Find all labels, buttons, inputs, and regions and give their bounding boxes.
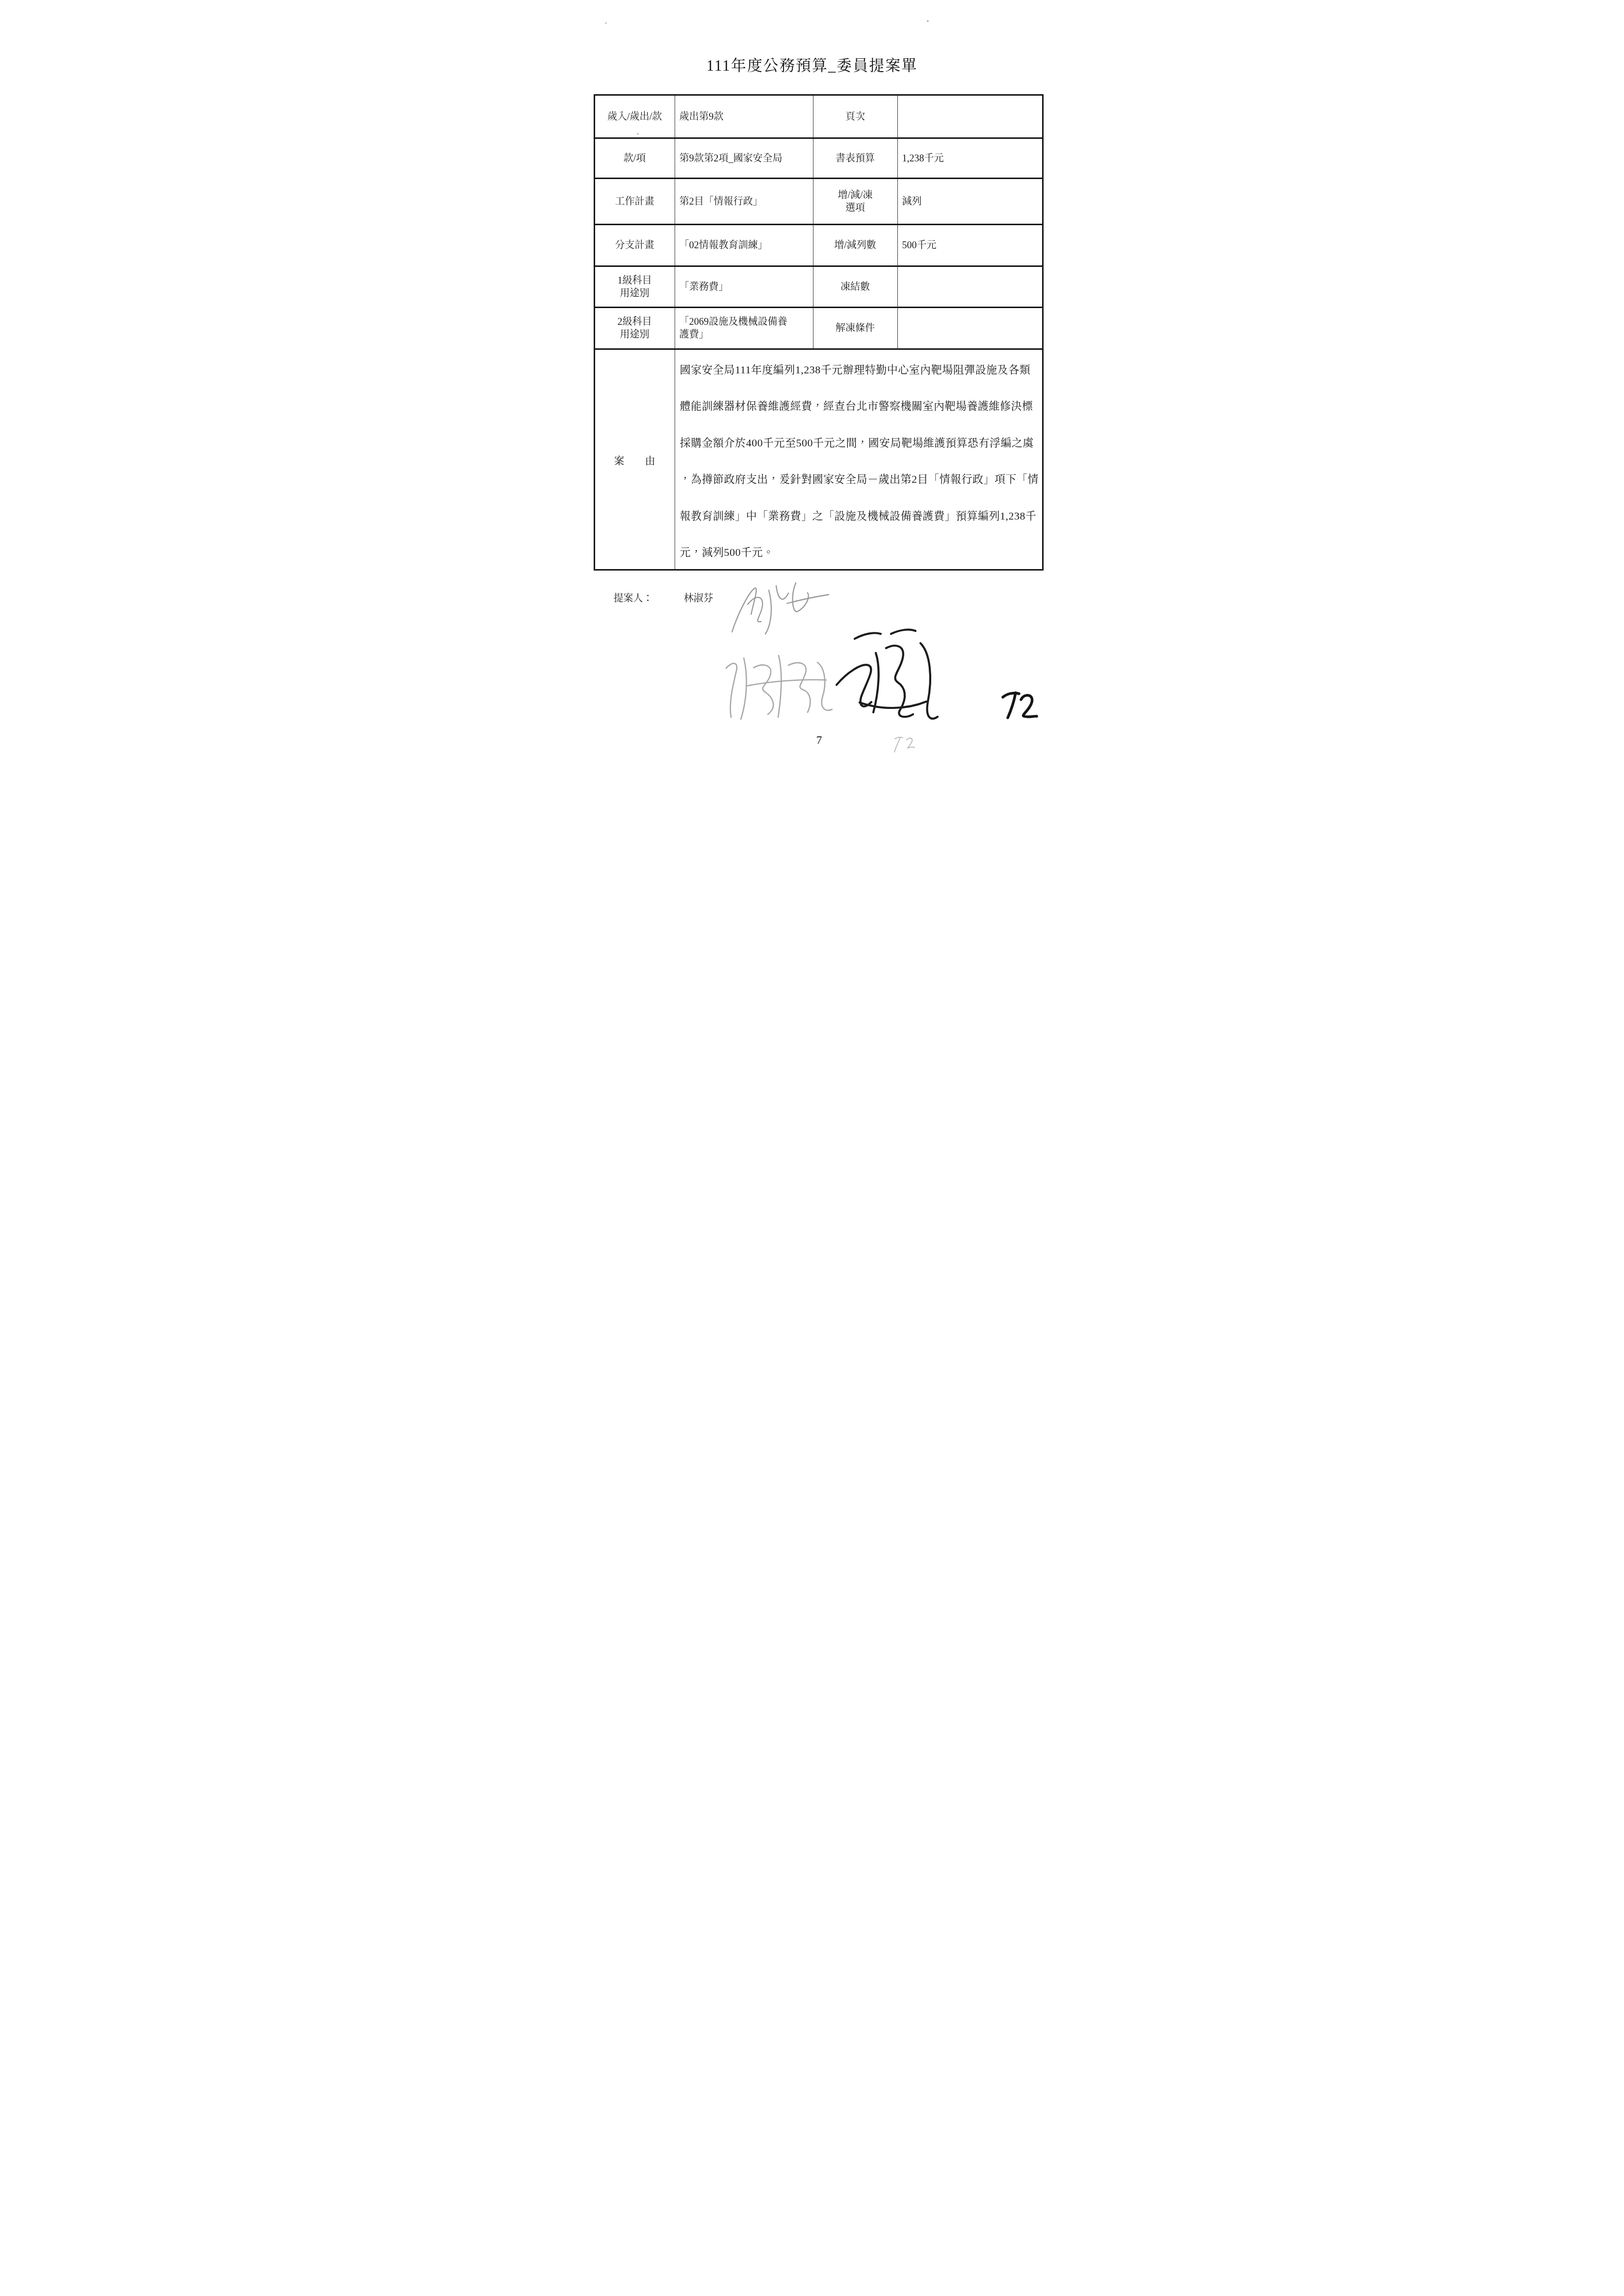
field-label-unfreeze-condition: 解凍條件	[813, 308, 897, 348]
handwritten-signature-3	[837, 629, 938, 718]
field-value-page-index	[897, 96, 1045, 137]
proposer-name: 林淑芬	[684, 593, 713, 604]
field-value-unfreeze-condition	[897, 308, 1045, 348]
field-label-sub-plan: 分支計畫	[595, 225, 675, 265]
handwritten-signature-1	[732, 583, 829, 634]
field-value-item: 第9款第2項_國家安全局	[675, 139, 813, 178]
table-row: 歲入/歲出/款 歲出第9款 頁次	[595, 96, 1042, 137]
field-value-level1-subject: 「業務費」	[675, 267, 813, 307]
case-text-line: 採購金額介於400千元至500千元之間，國安局靶場維護預算恐有浮編之虞	[680, 424, 1039, 461]
handwritten-signature-2	[726, 655, 832, 719]
field-label-adjust-amount: 增/減列數	[813, 225, 897, 265]
field-label-work-plan: 工作計畫	[595, 179, 675, 224]
page-number: 7	[805, 734, 834, 747]
field-label-page-index: 頁次	[813, 96, 897, 137]
page-title: 111年度公務預算_委員提案單	[542, 53, 1083, 75]
field-value-frozen-amount	[897, 267, 1045, 307]
field-label-level1-subject: 1級科目 用途別	[595, 267, 675, 307]
handwritten-sheet-number-72	[1003, 693, 1037, 718]
field-label-item: 款/項	[595, 139, 675, 178]
scan-speck	[605, 23, 606, 24]
table-row: 1級科目 用途別 「業務費」 凍結數	[595, 265, 1042, 307]
case-text-line: 體能訓練器材保養維護經費，經查台北市警察機關室內靶場養護維修決標	[680, 388, 1039, 424]
table-row: 分支計畫 「02情報教育訓練」 增/減列數 500千元	[595, 224, 1042, 265]
field-value-adjust-amount: 500千元	[897, 225, 1045, 265]
proposer-row: 提案人： 林淑芬	[614, 590, 713, 604]
case-text-line: 國家安全局111年度編列1,238千元辦理特勤中心室內靶場阻彈設施及各類	[680, 351, 1039, 388]
field-value-adjust-option: 減列	[897, 179, 1045, 224]
table-row: 工作計畫 第2目「情報行政」 增/減/凍 選項 減列	[595, 178, 1042, 224]
field-value-level2-subject: 「2069設施及機械設備養 護費」	[675, 308, 813, 348]
field-value-revenue-expenditure: 歲出第9款	[675, 96, 813, 137]
case-text-line: 元，減列500千元。	[680, 534, 1039, 571]
table-row-case: 案 由 國家安全局111年度編列1,238千元辦理特勤中心室內靶場阻彈設施及各類…	[595, 348, 1042, 569]
field-value-book-budget: 1,238千元	[897, 139, 1045, 178]
field-label-adjust-option: 增/減/凍 選項	[813, 179, 897, 224]
proposal-table: 歲入/歲出/款 歲出第9款 頁次 款/項 第9款第2項_國家安全局 書表預算 1…	[594, 94, 1044, 571]
field-value-case-reason: 國家安全局111年度編列1,238千元辦理特勤中心室內靶場阻彈設施及各類 體能訓…	[675, 350, 1044, 570]
table-row: 2級科目 用途別 「2069設施及機械設備養 護費」 解凍條件	[595, 307, 1042, 348]
field-value-sub-plan: 「02情報教育訓練」	[675, 225, 813, 265]
field-label-level2-subject: 2級科目 用途別	[595, 308, 675, 348]
scan-speck	[927, 20, 928, 22]
field-value-work-plan: 第2目「情報行政」	[675, 179, 813, 224]
field-label-revenue-expenditure: 歲入/歲出/款	[595, 96, 675, 137]
table-row: 款/項 第9款第2項_國家安全局 書表預算 1,238千元	[595, 137, 1042, 178]
case-text-line: ，為撙節政府支出，爰針對國家安全局－歲出第2目「情報行政」項下「情	[680, 461, 1039, 497]
proposer-label: 提案人：	[614, 593, 653, 604]
field-label-frozen-amount: 凍結數	[813, 267, 897, 307]
case-text-line: 報教育訓練」中「業務費」之「設施及機械設備養護費」預算編列1,238千	[680, 497, 1039, 534]
scanned-proposal-form: 111年度公務預算_委員提案單 歲入/歲出/款 歲出第9款 頁次 款/項 第9款…	[542, 0, 1083, 765]
handwritten-faint-number-72	[894, 737, 915, 752]
field-label-case-reason: 案 由	[595, 350, 675, 570]
field-label-book-budget: 書表預算	[813, 139, 897, 178]
